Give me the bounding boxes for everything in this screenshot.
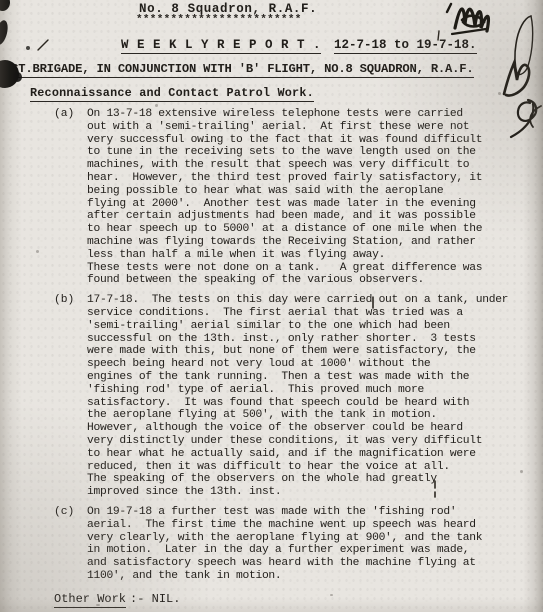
other-work-line: Other Work:- NIL.: [54, 592, 536, 606]
section-heading: Reconnaissance and Contact Patrol Work.: [30, 86, 314, 100]
paragraph-a-label: (a): [54, 108, 87, 121]
brigade-subtitle: 1ST.BRIGADE, IN CONJUNCTION WITH 'B' FLI…: [4, 62, 474, 76]
ink-blob: [26, 46, 30, 50]
paragraph-b-label: (b): [54, 294, 87, 307]
paper-speckle: [36, 250, 39, 253]
initials-scribble-mark: [447, 4, 488, 34]
paper-speckle: [498, 92, 501, 95]
ink-blob: [13, 72, 22, 82]
paragraph-b-text: 17-7-18. The tests on this day were carr…: [87, 294, 536, 499]
ink-blob: [0, 0, 10, 11]
weekly-report-title: W E E K L Y R E P O R T .: [121, 38, 321, 54]
report-date-range: 12-7-18 to 19-7-18.: [334, 38, 477, 54]
paragraph-c-label: (c): [54, 506, 87, 519]
other-work-value: :- NIL.: [130, 592, 180, 606]
paragraph-b: (b) 17-7-18. The tests on this day were …: [54, 294, 536, 499]
paper-speckle: [520, 470, 523, 473]
other-work-label: Other Work: [54, 592, 126, 608]
scanned-document-page: No. 8 Squadron, R.A.F. *****************…: [0, 0, 543, 612]
paragraph-a: (a) On 13-7-18 extensive wireless teleph…: [54, 108, 536, 287]
paragraph-a-text: On 13-7-18 extensive wireless telephone …: [87, 108, 536, 287]
paper-speckle: [330, 594, 333, 596]
ink-blob: [0, 19, 10, 46]
paragraph-c-text: On 19-7-18 a further test was made with …: [87, 506, 536, 583]
paper-speckle: [155, 104, 158, 107]
weekly-report-line: W E E K L Y R E P O R T .12-7-18 to 19-7…: [121, 38, 477, 52]
paper-speckle: [96, 604, 100, 606]
report-body: (a) On 13-7-18 extensive wireless teleph…: [54, 108, 536, 606]
paragraph-c: (c) On 19-7-18 a further test was made w…: [54, 506, 536, 583]
title-underline-stars: ************************: [136, 14, 302, 26]
